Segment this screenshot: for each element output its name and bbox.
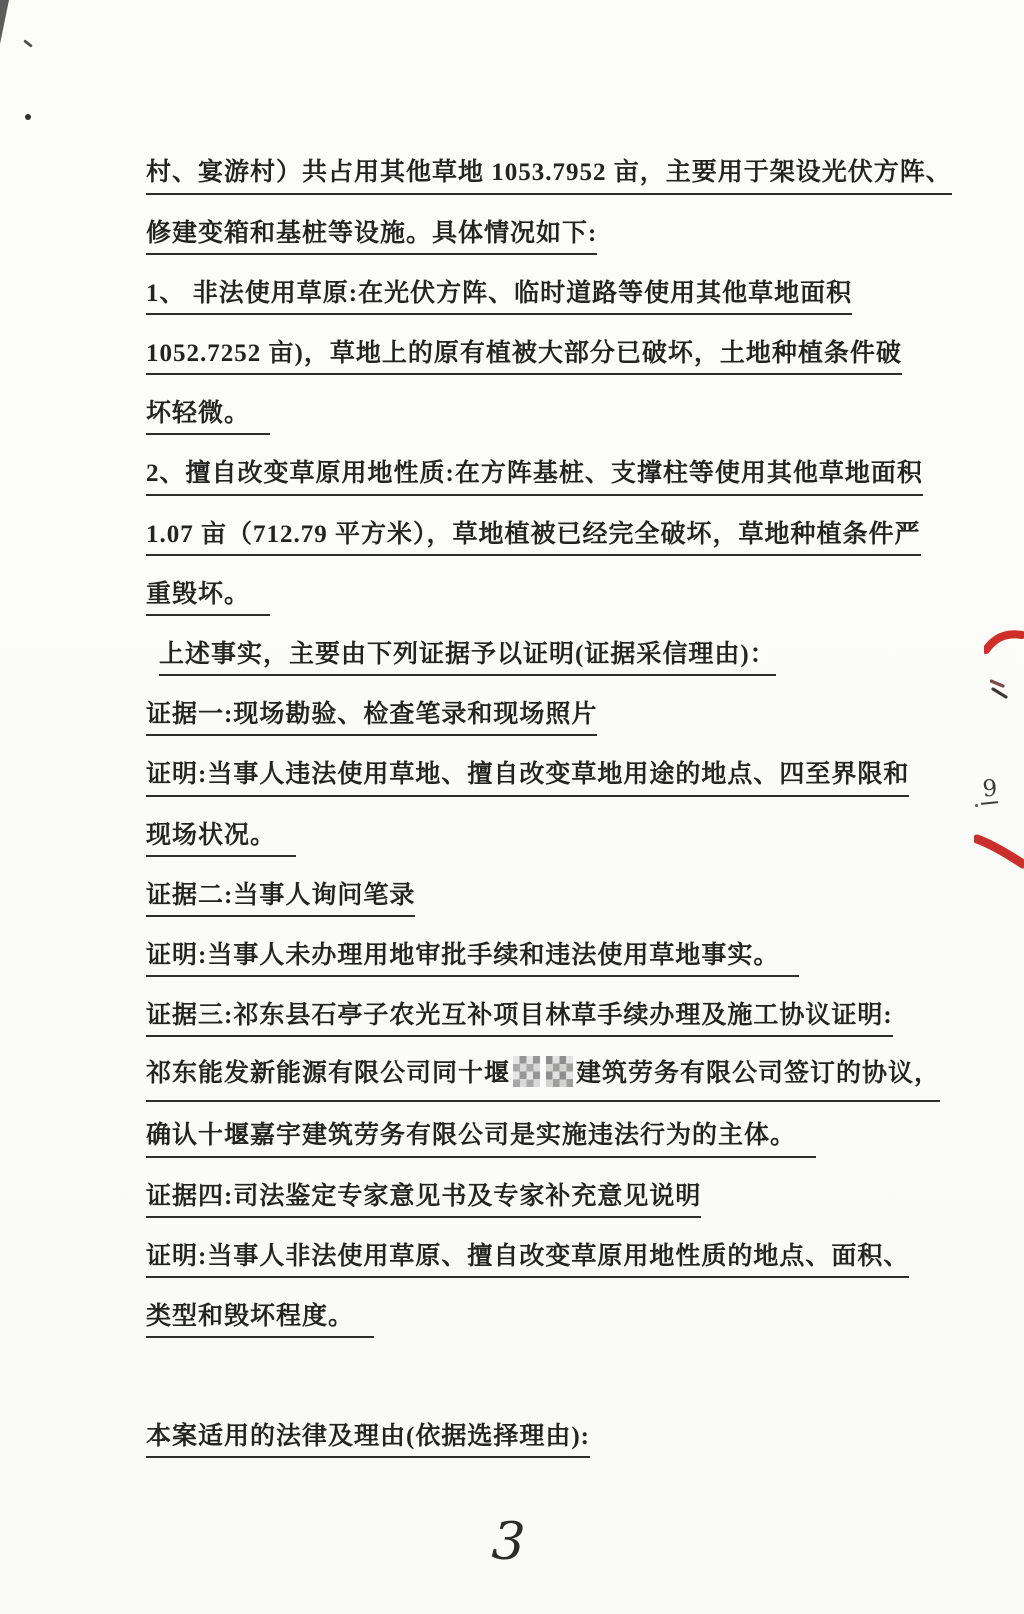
doc-line-text: 证明:当事人违法使用草地、擅自改变草地用途的地点、四至界限和 bbox=[146, 759, 909, 796]
doc-line-text: 1.07 亩（712.79 平方米），草地植被已经完全破坏，草地种植条件严 bbox=[146, 519, 921, 556]
doc-line-text: 1052.7252 亩)，草地上的原有植被大部分已破坏，土地种植条件破 bbox=[146, 338, 902, 375]
doc-line-text: 证据一:现场勘验、检查笔录和现场照片 bbox=[146, 699, 597, 736]
doc-line: 1.07 亩（712.79 平方米），草地植被已经完全破坏，草地种植条件严 bbox=[146, 507, 1006, 567]
doc-line: 证据一:现场勘验、检查笔录和现场照片 bbox=[146, 688, 1006, 748]
doc-line-text: 1、 非法使用草原:在光伏方阵、临时道路等使用其他草地面积 bbox=[146, 278, 852, 315]
doc-line: 上述事实，主要由下列证据予以证明(证据采信理由)： bbox=[146, 628, 1006, 688]
doc-line: 证明:当事人未办理用地审批手续和违法使用草地事实。 bbox=[146, 928, 1006, 988]
double-tick-icon bbox=[990, 676, 1010, 707]
doc-line: 证据四:司法鉴定专家意见书及专家补充意见说明 bbox=[146, 1169, 1006, 1229]
scan-corner-artifact bbox=[0, 0, 9, 44]
doc-line-text: 证据三:祁东县石亭子农光互补项目林草手续办理及施工协议证明: bbox=[146, 1000, 893, 1037]
doc-section-heading: 本案适用的法律及理由(依据选择理由): bbox=[146, 1410, 1006, 1470]
doc-line-text: 坏轻微。 bbox=[146, 398, 270, 435]
doc-line-text: 证明:当事人未办理用地审批手续和违法使用草地事实。 bbox=[146, 940, 799, 977]
handwritten-digit: 9 bbox=[978, 777, 1001, 800]
doc-line-text: 村、宴游村）共占用其他草地 1053.7952 亩，主要用于架设光伏方阵、 bbox=[146, 157, 952, 194]
red-arc-stroke-icon bbox=[974, 832, 1024, 875]
scan-speck-dot bbox=[25, 114, 31, 120]
doc-line-text: 祁东能发新能源有限公司同十堰建筑劳务有限公司签订的协议， bbox=[146, 1056, 940, 1101]
page-number: 3 bbox=[490, 1511, 526, 1573]
redaction-after-text: 建筑劳务有限公司签订的协议， bbox=[576, 1060, 940, 1087]
doc-line-text: 类型和毁坏程度。 bbox=[146, 1301, 374, 1338]
doc-line: 证明:当事人违法使用草地、擅自改变草地用途的地点、四至界限和 bbox=[146, 748, 1006, 808]
redacted-text-mosaic bbox=[513, 1056, 573, 1095]
doc-line: 坏轻微。 bbox=[146, 387, 1006, 447]
doc-line: 村、宴游村）共占用其他草地 1053.7952 亩，主要用于架设光伏方阵、 bbox=[146, 146, 1006, 206]
doc-line-text: 确认十堰嘉宇建筑劳务有限公司是实施违法行为的主体。 bbox=[146, 1120, 816, 1157]
doc-line-text: 证明:当事人非法使用草原、擅自改变草原用地性质的地点、面积、 bbox=[146, 1241, 909, 1278]
doc-line: 1052.7252 亩)，草地上的原有植被大部分已破坏，土地种植条件破 bbox=[146, 327, 1006, 387]
doc-line: 修建变箱和基桩等设施。具体情况如下: bbox=[146, 206, 1006, 266]
doc-line: 证据三:祁东县石亭子农光互补项目林草手续办理及施工协议证明: bbox=[146, 989, 1006, 1049]
doc-line: 确认十堰嘉宇建筑劳务有限公司是实施违法行为的主体。 bbox=[146, 1109, 1006, 1169]
doc-line: 证据二:当事人询问笔录 bbox=[146, 868, 1006, 928]
scan-speck-tick bbox=[23, 39, 33, 48]
scanned-document-page: 村、宴游村）共占用其他草地 1053.7952 亩，主要用于架设光伏方阵、 修建… bbox=[0, 0, 1024, 1614]
doc-line-text: 本案适用的法律及理由(依据选择理由): bbox=[146, 1421, 590, 1458]
doc-line-text: 现场状况。 bbox=[146, 820, 296, 857]
handwritten-digit-note: 9 bbox=[979, 778, 1001, 804]
doc-line-text: 上述事实，主要由下列证据予以证明(证据采信理由)： bbox=[159, 639, 776, 676]
doc-line-with-redaction: 祁东能发新能源有限公司同十堰建筑劳务有限公司签订的协议， bbox=[146, 1049, 1006, 1109]
red-arc-stroke-icon bbox=[984, 624, 1024, 661]
doc-line-text: 修建变箱和基桩等设施。具体情况如下: bbox=[146, 218, 597, 255]
mosaic-block-icon bbox=[546, 1056, 573, 1087]
doc-line: 1、 非法使用草原:在光伏方阵、临时道路等使用其他草地面积 bbox=[146, 266, 1006, 326]
redaction-before-text: 祁东能发新能源有限公司同十堰 bbox=[146, 1060, 510, 1087]
doc-line-text: 证据二:当事人询问笔录 bbox=[146, 880, 415, 917]
doc-line: 重毁坏。 bbox=[146, 567, 1006, 627]
doc-line-text: 证据四:司法鉴定专家意见书及专家补充意见说明 bbox=[146, 1181, 701, 1218]
doc-line: 2、擅自改变草原用地性质:在方阵基桩、支撑柱等使用其他草地面积 bbox=[146, 447, 1006, 507]
document-body: 村、宴游村）共占用其他草地 1053.7952 亩，主要用于架设光伏方阵、 修建… bbox=[146, 146, 1006, 1470]
mosaic-block-icon bbox=[513, 1056, 540, 1087]
doc-line: 证明:当事人非法使用草原、擅自改变草原用地性质的地点、面积、 bbox=[146, 1229, 1006, 1289]
doc-line-text: 2、擅自改变草原用地性质:在方阵基桩、支撑柱等使用其他草地面积 bbox=[146, 458, 923, 495]
doc-line: 现场状况。 bbox=[146, 808, 1006, 868]
ink-dot-icon bbox=[975, 804, 978, 807]
doc-line: 类型和毁坏程度。 bbox=[146, 1290, 1006, 1350]
doc-line-text: 重毁坏。 bbox=[146, 579, 270, 616]
